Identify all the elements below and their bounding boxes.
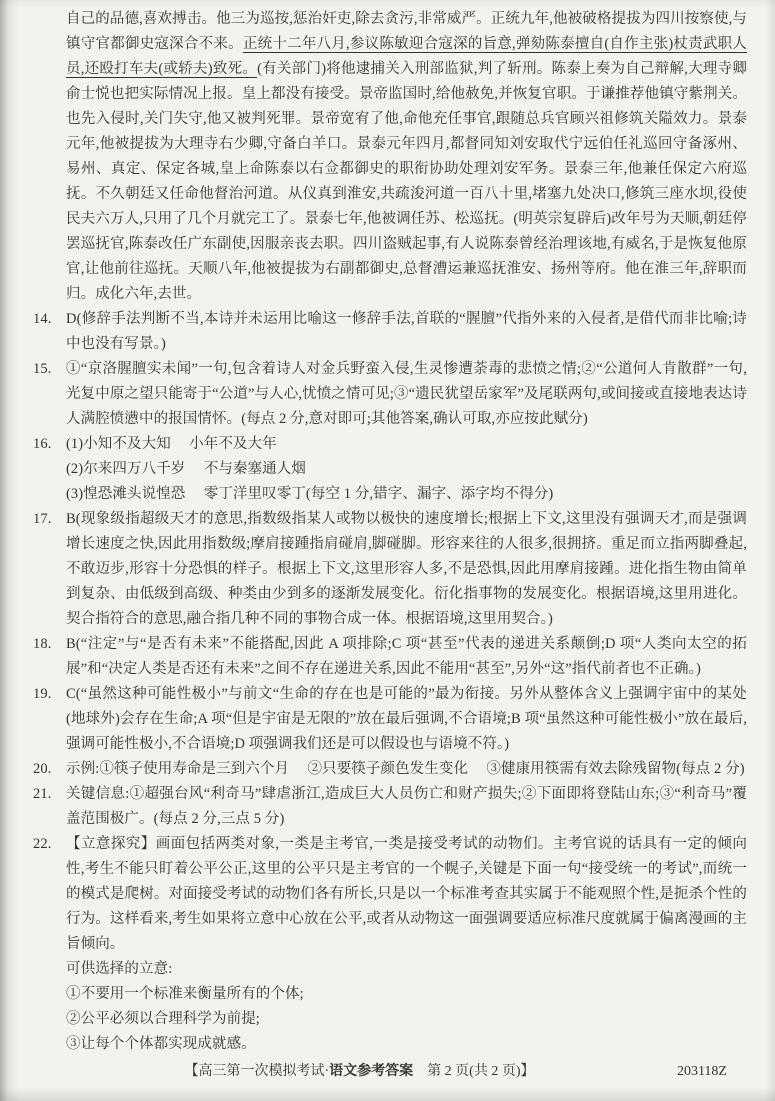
footer-subject: 语文参考答案 [329, 1064, 413, 1079]
footer-code: 203118Z [677, 1058, 727, 1086]
answer-item: 15.①“京洛腥膻实未闻”一句,包含着诗人对金兵野蛮入侵,生灵惨遭荼毒的悲愤之情… [33, 357, 747, 432]
answer-number: 18. [33, 632, 66, 657]
answer-text: C(“虽然这种可能性极小”与前文“生命的存在也是可能的”最为衔接。另外从整体含义… [66, 682, 747, 757]
answer-number: 15. [33, 357, 66, 382]
answer-text: (1)小知不及大知 小年不及大年 [66, 432, 747, 457]
answer-text: 【立意探究】画面包括两类对象,一类是主考官,一类是接受考试的动物们。主考官说的话… [66, 832, 747, 957]
page-footer: 【高三第一次模拟考试·语文参考答案 第 2 页(共 2 页)】 203118Z [0, 1058, 775, 1086]
answer-item: 17.B(现象级指超级天才的意思,指数级指某人或物以极快的速度增长;根据上下文,… [33, 507, 747, 632]
answer-number: 22. [33, 832, 66, 857]
page-content: 自己的品德,喜欢搏击。他三为巡按,惩治奸吏,除去贪污,非常威严。正统九年,他被破… [33, 7, 747, 1057]
answer-number: 19. [33, 682, 66, 707]
answer-number: 16. [33, 432, 66, 457]
footer-page-number: 第 2 页(共 2 页)】 [413, 1064, 534, 1079]
answer-text: (3)惶恐滩头说惶恐 零丁洋里叹零丁(每空 1 分,错字、漏字、添字均不得分) [66, 482, 747, 507]
answer-text: 示例:①筷子使用寿命是三到六个月 ②只要筷子颜色发生变化 ③健康用筷需有效去除残… [66, 757, 747, 782]
answers-list: 14.D(修辞手法判断不当,本诗并未运用比喻这一修辞手法,首联的“腥膻”代指外来… [33, 307, 747, 1057]
answer-number: 21. [33, 782, 66, 807]
answer-number: 14. [33, 307, 66, 332]
answer-item: 19.C(“虽然这种可能性极小”与前文“生命的存在也是可能的”最为衔接。另外从整… [33, 682, 747, 757]
answer-item: 18.B(“注定”与“是否有未来”不能搭配,因此 A 项排除;C 项“甚至”代表… [33, 632, 747, 682]
answer-item: 21.关键信息:①超强台风“利奇马”肆虐浙江,造成巨大人员伤亡和财产损失;②下面… [33, 782, 747, 832]
answer-text: B(“注定”与“是否有未来”不能搭配,因此 A 项排除;C 项“甚至”代表的递进… [66, 632, 747, 682]
answer-text: ①不要用一个标准来衡量所有的个体; [66, 982, 747, 1007]
answer-item: 16.(1)小知不及大知 小年不及大年(2)尔来四万八千岁 不与秦塞通人烟(3)… [33, 432, 747, 507]
answer-number: 17. [33, 507, 66, 532]
answer-item: 14.D(修辞手法判断不当,本诗并未运用比喻这一修辞手法,首联的“腥膻”代指外来… [33, 307, 747, 357]
answer-text: (2)尔来四万八千岁 不与秦塞通人烟 [66, 457, 747, 482]
answer-number: 20. [33, 757, 66, 782]
answer-text: 关键信息:①超强台风“利奇马”肆虐浙江,造成巨大人员伤亡和财产损失;②下面即将登… [66, 782, 747, 832]
scanned-answer-sheet-page: 自己的品德,喜欢搏击。他三为巡按,惩治奸吏,除去贪污,非常威严。正统九年,他被破… [0, 0, 775, 1101]
answer-item: 22.【立意探究】画面包括两类对象,一类是主考官,一类是接受考试的动物们。主考官… [33, 832, 747, 1057]
footer-title-prefix: 【高三第一次模拟考试· [185, 1064, 330, 1079]
answer-text: B(现象级指超级天才的意思,指数级指某人或物以极快的速度增长;根据上下文,这里没… [66, 507, 747, 632]
passage-translation-paragraph: 自己的品德,喜欢搏击。他三为巡按,惩治奸吏,除去贪污,非常威严。正统九年,他被破… [66, 7, 747, 307]
answer-text: ②公平必须以合理科学为前提; [66, 1007, 747, 1032]
answer-text: ①“京洛腥膻实未闻”一句,包含着诗人对金兵野蛮入侵,生灵惨遭荼毒的悲愤之情;②“… [66, 357, 747, 432]
footer-title: 【高三第一次模拟考试·语文参考答案 第 2 页(共 2 页)】 [0, 1058, 747, 1086]
passage-segment: (有关部门)将他逮捕关入刑部监狱,判了斩刑。陈泰上奏为自己辩解,大理寺卿俞士悦也… [66, 61, 747, 302]
answer-text: ③让每个个体都实现成就感。 [66, 1032, 747, 1057]
answer-item: 20.示例:①筷子使用寿命是三到六个月 ②只要筷子颜色发生变化 ③健康用筷需有效… [33, 757, 747, 782]
answer-text: 可供选择的立意: [66, 957, 747, 982]
answer-text: D(修辞手法判断不当,本诗并未运用比喻这一修辞手法,首联的“腥膻”代指外来的入侵… [66, 307, 747, 357]
